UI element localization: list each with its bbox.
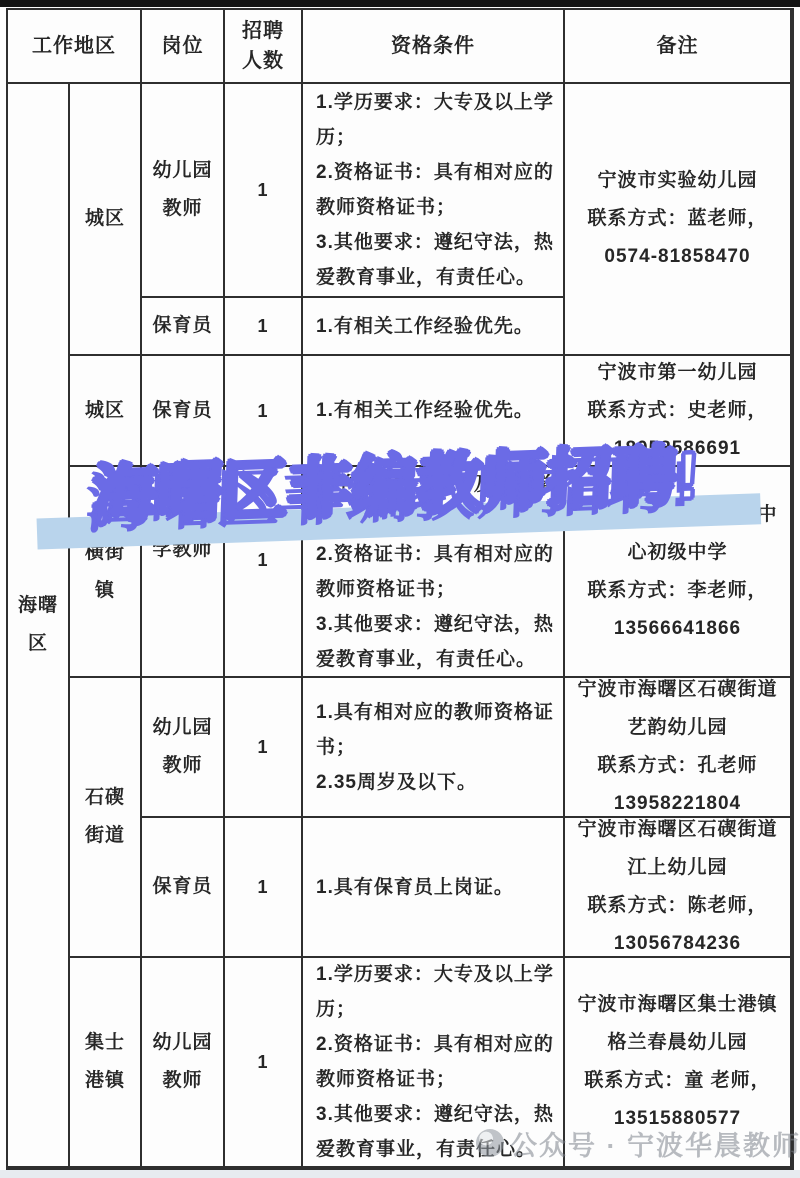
cell-area-hengjie: 横街 镇 [70, 467, 142, 678]
watermark-text: 公众号 · 宁波华晨教师网 [510, 1124, 800, 1163]
cell-qualifications: 1.具有相对应的教师资格证书； 2.35周岁及以下。 [303, 678, 565, 818]
cell-position: 幼儿园 教师 [142, 958, 225, 1168]
bottom-strip [0, 1170, 800, 1178]
cell-qualifications: 1.具有保育员上岗证。 [303, 818, 565, 958]
cell-count: 1 [225, 298, 303, 356]
cell-remark: 宁波市海曙区石碶街道 艺韵幼儿园 联系方式：孔老师 13958221804 [565, 678, 792, 818]
cell-count: 1 [225, 356, 303, 467]
cell-area-shiqi: 石碶 街道 [70, 678, 142, 958]
cell-remark: 宁波市第一幼儿园 联系方式：史老师， 18058586691 [565, 356, 792, 467]
cell-count: 1 [225, 84, 303, 298]
cell-area-chengqu-1: 城区 [70, 84, 142, 356]
cell-remark: 宁波市海曙区石碶街道 江上幼儿园 联系方式：陈老师， 13056784236 [565, 818, 792, 958]
cell-region-haishu: 海曙 区 [8, 84, 70, 1168]
cell-remark: 宁波市实验幼儿园 联系方式：蓝老师， 0574-81858470 [565, 84, 792, 356]
cell-qualifications: 1.有相关工作经验优先。 [303, 298, 565, 356]
cell-area-chengqu-2: 城区 [70, 356, 142, 467]
header-headcount: 招聘 人数 [225, 10, 303, 84]
watermark: 公众号 · 宁波华晨教师网 [476, 1126, 800, 1160]
wechat-official-account-icon [476, 1129, 504, 1157]
header-work-area: 工作地区 [8, 10, 142, 84]
recruitment-table: 工作地区 岗位 招聘 人数 资格条件 备注 海曙 区 城区 幼儿园 教师 1 1… [6, 8, 794, 1170]
cell-position: 保育员 [142, 356, 225, 467]
cell-position: 保育员 [142, 818, 225, 958]
cell-qualifications: 1.学历要求：大专及以上学历； 2.资格证书：具有相对应的教师资格证书； 3.其… [303, 467, 565, 678]
header-qualifications: 资格条件 [303, 10, 565, 84]
cell-qualifications: 1.学历要求：大专及以上学历； 2.资格证书：具有相对应的教师资格证书； 3.其… [303, 84, 565, 298]
cell-area-jishigang: 集士 港镇 [70, 958, 142, 1168]
header-remarks: 备注 [565, 10, 792, 84]
recruitment-poster: 工作地区 岗位 招聘 人数 资格条件 备注 海曙 区 城区 幼儿园 教师 1 1… [0, 0, 800, 1178]
cell-count: 1 [225, 818, 303, 958]
cell-count: 1 [225, 958, 303, 1168]
cell-remark: 宁波市海曙区横街镇中 心初级中学 联系方式：李老师， 13566641866 [565, 467, 792, 678]
cell-count: 1 [225, 678, 303, 818]
cell-qualifications: 1.有相关工作经验优先。 [303, 356, 565, 467]
cell-position: 幼儿园 教师 [142, 84, 225, 298]
cell-position: 保育员 [142, 298, 225, 356]
cell-position: 幼儿园 教师 [142, 678, 225, 818]
top-black-bar [0, 0, 800, 7]
cell-position: 初中科 学教师 [142, 467, 225, 678]
cell-count: 1 [225, 467, 303, 678]
header-position: 岗位 [142, 10, 225, 84]
